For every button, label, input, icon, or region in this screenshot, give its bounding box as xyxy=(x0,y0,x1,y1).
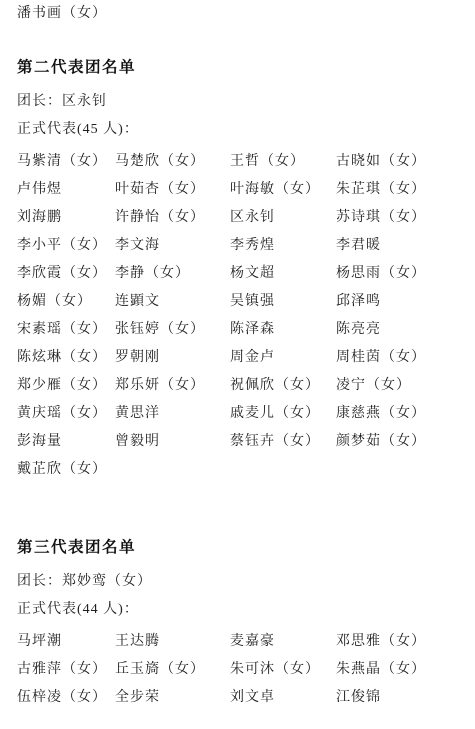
delegate-name: 杨文超 xyxy=(230,260,336,288)
section-title-delegation-2: 第二代表团名单 xyxy=(17,56,465,80)
delegation-3-name-grid: 马坪潮王达腾麦嘉豪邓思雅（女）古雅萍（女）丘玉旖（女）朱可沐（女）朱燕晶（女）伍… xyxy=(17,628,465,712)
delegate-name: 黄思洋 xyxy=(115,400,230,428)
delegation-3-leader-line: 团长：郑妙鸾（女） xyxy=(17,568,465,596)
delegate-name: 古晓如（女） xyxy=(336,148,465,176)
delegate-name: 叶海敏（女） xyxy=(230,176,336,204)
delegate-name: 周金卢 xyxy=(230,344,336,372)
delegate-name: 江俊锦 xyxy=(336,684,465,712)
delegate-name: 李秀煌 xyxy=(230,232,336,260)
delegate-name: 朱可沐（女） xyxy=(230,656,336,684)
delegate-name: 曾毅明 xyxy=(115,428,230,456)
delegate-name: 祝佩欣（女） xyxy=(230,372,336,400)
delegate-name: 李小平（女） xyxy=(17,232,115,260)
leftover-delegate-name: 潘书画（女） xyxy=(17,0,465,28)
delegate-name: 马紫清（女） xyxy=(17,148,115,176)
delegate-name: 郑乐妍（女） xyxy=(115,372,230,400)
delegate-name: 朱芷琪（女） xyxy=(336,176,465,204)
delegate-name: 罗朝刚 xyxy=(115,344,230,372)
delegate-name: 凌宁（女） xyxy=(336,372,465,400)
delegate-name: 李君暖 xyxy=(336,232,465,260)
delegate-name: 戴芷欣（女） xyxy=(17,456,115,484)
document-page: 潘书画（女） 第二代表团名单 团长：区永钊 正式代表(45 人)： 马紫清（女）… xyxy=(0,0,475,729)
delegate-name: 麦嘉豪 xyxy=(230,628,336,656)
delegate-name: 蔡钰卉（女） xyxy=(230,428,336,456)
delegate-name xyxy=(230,456,336,484)
delegate-name: 宋素瑶（女） xyxy=(17,316,115,344)
delegate-name: 古雅萍（女） xyxy=(17,656,115,684)
delegate-name: 马楚欣（女） xyxy=(115,148,230,176)
delegate-name: 丘玉旖（女） xyxy=(115,656,230,684)
delegate-name: 杨思雨（女） xyxy=(336,260,465,288)
delegate-name: 吴镇强 xyxy=(230,288,336,316)
delegate-name: 伍梓凌（女） xyxy=(17,684,115,712)
delegate-name: 区永钊 xyxy=(230,204,336,232)
delegation-2-delegates-count-line: 正式代表(45 人)： xyxy=(17,116,465,144)
delegate-name: 卢伟煜 xyxy=(17,176,115,204)
delegate-name: 叶茹杏（女） xyxy=(115,176,230,204)
delegate-name: 李静（女） xyxy=(115,260,230,288)
delegate-name: 郑少雁（女） xyxy=(17,372,115,400)
delegate-name: 戚麦儿（女） xyxy=(230,400,336,428)
delegate-name: 黄庆瑶（女） xyxy=(17,400,115,428)
section-title-delegation-3: 第三代表团名单 xyxy=(17,536,465,560)
delegate-name: 刘海鹏 xyxy=(17,204,115,232)
delegate-name: 杨媚（女） xyxy=(17,288,115,316)
delegate-name: 陈泽森 xyxy=(230,316,336,344)
delegate-name: 李文海 xyxy=(115,232,230,260)
delegate-name: 张钰婷（女） xyxy=(115,316,230,344)
delegate-name xyxy=(336,456,465,484)
delegate-name: 全步荣 xyxy=(115,684,230,712)
delegation-2-leader-line: 团长：区永钊 xyxy=(17,88,465,116)
delegate-name xyxy=(115,456,230,484)
delegate-name: 马坪潮 xyxy=(17,628,115,656)
delegate-name: 周桂茵（女） xyxy=(336,344,465,372)
delegate-name: 连顕文 xyxy=(115,288,230,316)
delegate-name: 苏诗琪（女） xyxy=(336,204,465,232)
delegate-name: 陈炫琳（女） xyxy=(17,344,115,372)
delegate-name: 彭海量 xyxy=(17,428,115,456)
delegation-2-name-grid: 马紫清（女）马楚欣（女）王哲（女）古晓如（女）卢伟煜叶茹杏（女）叶海敏（女）朱芷… xyxy=(17,148,465,484)
delegate-name: 邓思雅（女） xyxy=(336,628,465,656)
delegate-name: 邱泽鸣 xyxy=(336,288,465,316)
delegate-name: 王哲（女） xyxy=(230,148,336,176)
delegate-name: 朱燕晶（女） xyxy=(336,656,465,684)
delegation-3-delegates-count-line: 正式代表(44 人)： xyxy=(17,596,465,624)
delegate-name: 李欣霞（女） xyxy=(17,260,115,288)
delegate-name: 陈亮亮 xyxy=(336,316,465,344)
delegate-name: 刘文卓 xyxy=(230,684,336,712)
delegate-name: 颜梦茹（女） xyxy=(336,428,465,456)
delegate-name: 许静怡（女） xyxy=(115,204,230,232)
delegate-name: 康慈燕（女） xyxy=(336,400,465,428)
delegate-name: 王达腾 xyxy=(115,628,230,656)
